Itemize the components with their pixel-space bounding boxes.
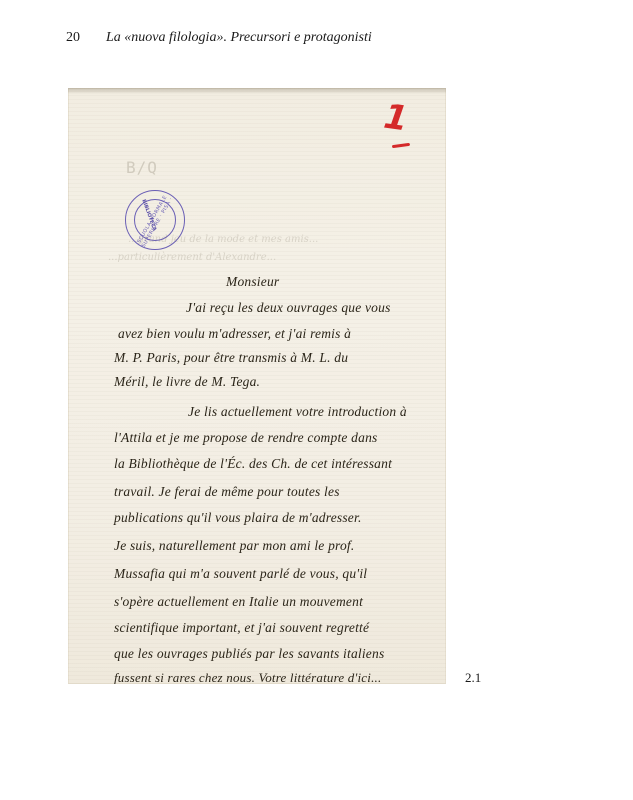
folio-underline bbox=[392, 143, 410, 148]
letter-line: J'ai reçu les deux ouvrages que vous bbox=[186, 300, 391, 316]
letter-salutation: Monsieur bbox=[226, 274, 279, 290]
running-title: La «nuova filologia». Precursori e prota… bbox=[106, 30, 372, 46]
letter-line: Je lis actuellement votre introduction à bbox=[188, 404, 407, 420]
letter-line: que les ouvrages publiés par les savants… bbox=[114, 646, 384, 662]
folio-number-mark: 1 bbox=[382, 97, 411, 140]
letter-line: Méril, le livre de M. Tega. bbox=[114, 374, 260, 390]
letter-line: Mussafia qui m'a souvent parlé de vous, … bbox=[114, 566, 367, 582]
letter-line: l'Attila et je me propose de rendre comp… bbox=[114, 430, 377, 446]
letter-facsimile-image: 1 B/Q SCUOLA NORMALE SUPERIORE · PISA · … bbox=[68, 88, 446, 684]
letter-line: scientifique important, et j'ai souvent … bbox=[114, 620, 369, 636]
paper-fold-shadow bbox=[68, 88, 446, 94]
letter-line: la Bibliothèque de l'Éc. des Ch. de cet … bbox=[114, 456, 392, 472]
letter-line: fussent si rares chez nous. Votre littér… bbox=[114, 670, 381, 684]
blind-stamp: B/Q bbox=[126, 158, 158, 177]
letter-line: publications qu'il vous plaira de m'adre… bbox=[114, 510, 362, 526]
letter-line: avez bien voulu m'adresser, et j'ai remi… bbox=[118, 326, 351, 342]
letter-line: Je suis, naturellement par mon ami le pr… bbox=[114, 538, 354, 554]
page-number: 20 bbox=[66, 30, 80, 46]
letter-line: travail. Je ferai de même pour toutes le… bbox=[114, 484, 340, 500]
figure-label: 2.1 bbox=[465, 670, 481, 686]
bleed-through-line: ...grand jeu de la mode et mes amis... bbox=[128, 234, 318, 245]
bleed-through-line: ...particulièrement d'Alexandre... bbox=[108, 252, 276, 263]
letter-line: s'opère actuellement en Italie un mouvem… bbox=[114, 594, 363, 610]
letter-line: M. P. Paris, pour être transmis à M. L. … bbox=[114, 350, 348, 366]
